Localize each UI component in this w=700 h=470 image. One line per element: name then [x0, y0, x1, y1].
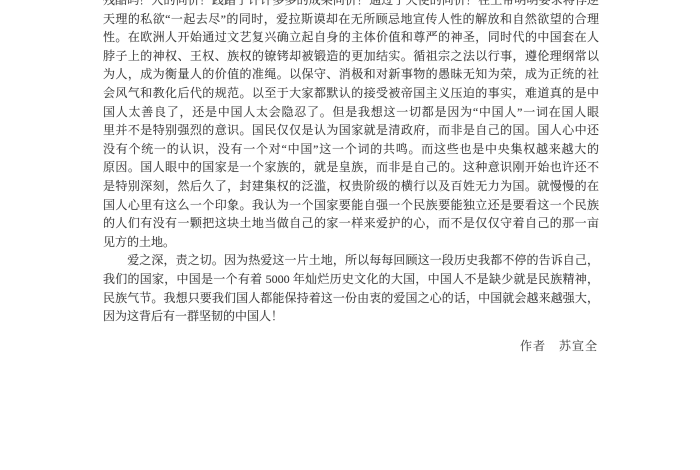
text-line: 见方的土地。 [103, 233, 599, 252]
text-line: 原因。国人眼中的国家是一个家族的，就是皇族，而非是自己的。这种意识刚开始也许还不 [103, 158, 599, 177]
text-line: 是特别深刻，然后久了，封建集权的泛滥，权贵阶级的横行以及百姓无力为国。就慢慢的在 [103, 177, 599, 196]
text-line: 里并不是特别强烈的意识。国民仅仅是认为国家就是清政府，而非是自己的国。国人心中还 [103, 121, 599, 140]
text-line: 的人们有没有一颗把这块土地当做自己的家一样来爱护的心，而不是仅仅守着自己的那一亩 [103, 214, 599, 233]
author-signature: 作者 苏宣全 [520, 337, 598, 354]
text-line: 民族气节。我想只要我们国人都能保持着这一份由衷的爱国之心的话，中国就会越来越强大… [103, 289, 599, 308]
text-line: 爱之深，责之切。因为热爱这一片土地，所以每每回顾这一段历史我都不停的告诉自己， [103, 251, 599, 270]
text-line: 国人心里有这么一个印象。我认为一个国家要能自强一个民族要能独立还是要看这一个民族 [103, 196, 599, 215]
text-line: 残酷吗？人的问价？践踏了许许多多的成果问价？通过了天使的问价？在上帝明明要求将悖… [103, 0, 599, 10]
document-page: 残酷吗？人的问价？践踏了许许多多的成果问价？通过了天使的问价？在上帝明明要求将悖… [0, 0, 700, 470]
essay-body: 残酷吗？人的问价？践踏了许许多多的成果问价？通过了天使的问价？在上帝明明要求将悖… [103, 0, 599, 326]
text-line: 会风气和教化后代的规范。以至于大家都默认的接受被帝国主义压迫的事实，难道真的是中 [103, 84, 599, 103]
text-line: 因为这背后有一群坚韧的中国人！ [103, 307, 599, 326]
text-line: 为人，成为衡量人的价值的准绳。以保守、消极和对新事物的愚昧无知为荣，成为正统的社 [103, 65, 599, 84]
text-line: 没有个统一的认识，没有一个对“中国”这一个词的共鸣。而这些也是中央集权越来越大的 [103, 140, 599, 159]
text-line: 天理的私欲“一起去尽”的同时，爱拉斯谟却在无所顾忌地宣传人性的解放和自然欲望的合… [103, 10, 599, 29]
text-line: 我们的国家，中国是一个有着 5000 年灿烂历史文化的大国，中国人不是缺少就是民… [103, 270, 599, 289]
text-line: 国人太善良了，还是中国人太会隐忍了。但是我想这一切都是因为“中国人”一词在国人眼 [103, 103, 599, 122]
text-line: 脖子上的神权、王权、族权的镣铐却被锻造的更加结实。循祖宗之法以行事，遵伦理纲常以 [103, 47, 599, 66]
text-line: 性。在欧洲人开始通过文艺复兴确立起自身的主体价值和尊严的神圣，同时代的中国套在人 [103, 28, 599, 47]
